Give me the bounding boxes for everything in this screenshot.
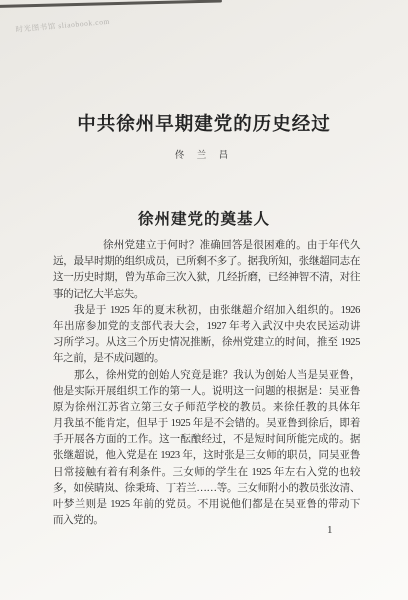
text-line: 他是实际开展组织工作的第一人。说明这一问题的根据是：吴亚鲁 [53,384,360,400]
text-line: 年出席参加党的支部代表大会，1927 年考入武汉中央农民运动讲 [53,319,360,335]
text-line: 那么，徐州党的创始人究竟是谁？我认为创始人当是吴亚鲁， [53,368,360,384]
page-number: 1 [327,524,333,536]
text-line: 徐州党建立于何时？准确回答是很困难的。由于年代久 [53,238,360,254]
body-text: 徐州党建立于何时？准确回答是很困难的。由于年代久 远，最早时期的组织成员，已所剩… [53,238,360,529]
text-line: 张继超说，他入党是在 1923 年，这时张是三女师的职员，同吴亚鲁 [53,448,360,464]
article-author: 佟 兰 昌 [0,147,408,161]
text-line: 月我虽不能肯定，但早于 1925 年是不会错的。吴亚鲁到徐后，即着 [53,416,360,432]
article-title: 中共徐州早期建党的历史经过 [0,110,408,136]
text-line: 远，最早时期的组织成员，已所剩不多了。据我所知，张继超同志在 [53,254,360,270]
text-line: 多，如侯睛岚、徐秉琦、丁若兰……等。三女师附小的教员张汝清、 [53,481,360,497]
scanned-page: 时光图书馆 sliaobook.com 中共徐州早期建党的历史经过 佟 兰 昌 … [0,0,408,600]
section-heading: 徐州建党的奠基人 [0,207,408,229]
text-line: 事的记忆大半忘失。 [53,287,360,303]
text-line: 我是于 1925 年的夏末秋初，由张继超介绍加入组织的。1926 [53,303,360,319]
text-line: 手开展各方面的工作。这一酝酿经过，不是短时间所能完成的。据 [53,432,360,448]
watermark: 时光图书馆 sliaobook.com [15,16,110,35]
text-line: 这一历史时期，曾为革命三次入狱，几经折磨，已经神智不清，对往 [53,270,360,286]
text-line: 叶梦兰则是 1925 年前的党员。不用说他们都是在吴亚鲁的带动下 [53,497,360,513]
text-line: 习所学习。从这三个历史情况推断，徐州党建立的时间，推至 1925 [53,335,360,351]
text-line: 日常接触有着有利条件。三女师的学生在 1925 年左右入党的也较 [53,465,360,481]
text-line: 年之前，是不成问题的。 [53,351,360,367]
text-line: 而入党的。 [53,513,360,529]
scan-edge-artifact [0,0,222,8]
text-line: 原为徐州江苏省立第三女子师范学校的教员。来徐任教的具体年 [53,400,360,416]
